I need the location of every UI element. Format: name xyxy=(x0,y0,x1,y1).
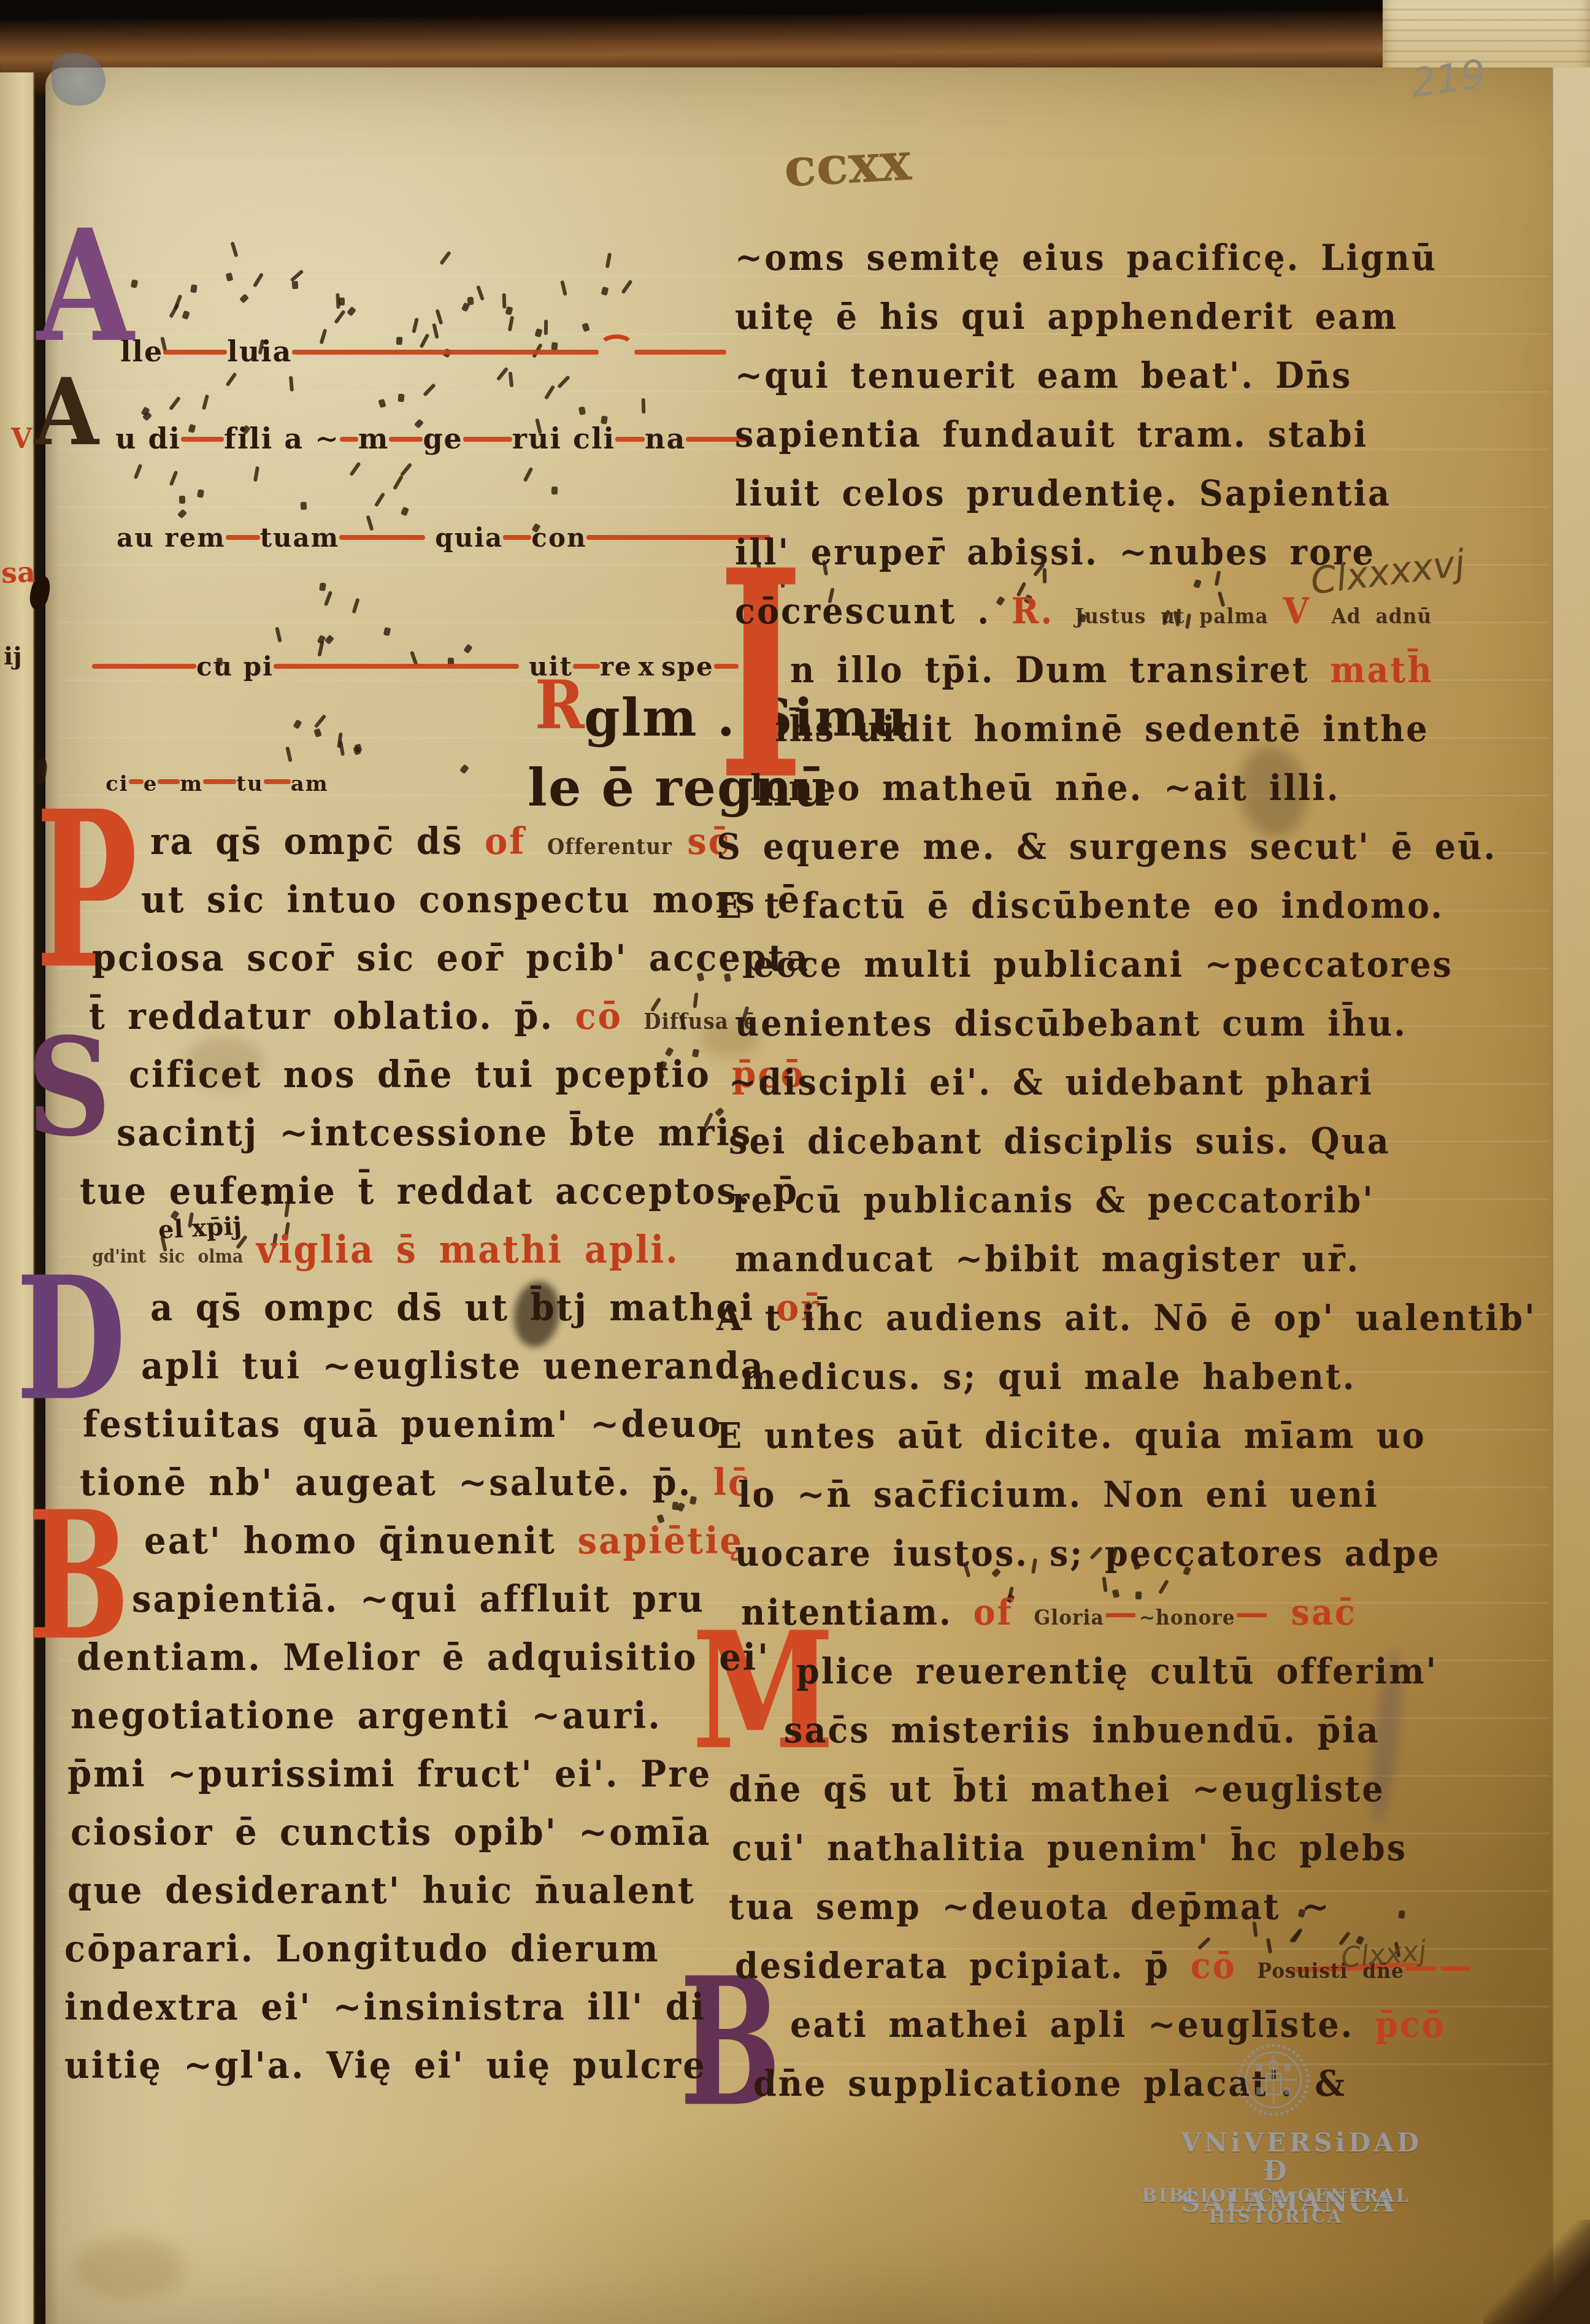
text-line: cui' nathalitia puenim' h̄c plebs xyxy=(732,1826,1407,1869)
neume-mark xyxy=(319,582,326,591)
right-page-edges xyxy=(1552,67,1590,2324)
text-run: desiderata pcipiat. p̄ xyxy=(735,1944,1191,1987)
text-line: uocare iustos. s; peccatores adpe xyxy=(735,1532,1441,1574)
chant-syllable: re xyxy=(600,652,632,682)
neume-mark xyxy=(544,320,548,335)
chant-syllable: x xyxy=(639,652,655,682)
text-run: liuit celos prudentię. Sapientia xyxy=(735,472,1391,514)
text-run: cificet nos dn̄e tui pceptio xyxy=(129,1053,732,1096)
text-run: tua semp ∼deuota dep̄mat ∼ xyxy=(729,1885,1331,1928)
text-run: Ad adnū xyxy=(1331,605,1432,629)
text-run: apli tui ∼eugliste ueneranda xyxy=(141,1344,765,1388)
text-run: eati mathei apli ∼euglīste. xyxy=(790,2003,1375,2045)
chant-syllable: m xyxy=(358,422,390,455)
initial-letter: A xyxy=(34,377,99,448)
text-line: ih̄s uidit hominē sedentē inthe xyxy=(775,707,1429,750)
chant-syllable: ge xyxy=(423,422,463,455)
text-line: festiuitas quā puenim' ∼deuo xyxy=(83,1402,722,1446)
text-run: t̄ reddatur oblatio. p̄. xyxy=(89,995,575,1038)
neume-mark xyxy=(397,394,404,402)
text-run: uitę ē his qui apphenderit eam xyxy=(735,295,1398,337)
red-staff-line xyxy=(158,779,180,784)
neume-mark xyxy=(551,487,558,494)
text-run: sei dicebant disciplis suis. Qua xyxy=(729,1120,1391,1162)
text-run: dentiam. Melior ē adquisitio ei' xyxy=(77,1636,770,1679)
initial-letter: S xyxy=(27,1036,111,1140)
chant-syllable: con xyxy=(531,523,586,553)
red-staff-line xyxy=(634,350,726,355)
text-run: tionē nb' augeat ∼salutē. p̄. xyxy=(80,1461,713,1504)
text-run: — xyxy=(1104,1591,1139,1633)
red-staff-line xyxy=(339,535,425,540)
text-line: t̄ reddatur oblatio. p̄. cō Diffusa ē xyxy=(89,995,757,1038)
text-run: indextra ei' ∼insinistra ill' di xyxy=(64,1985,706,2029)
text-line: cōparari. Longitudo dierum xyxy=(64,1927,659,1971)
text-run: of xyxy=(974,1591,1034,1633)
text-line: ill' eruper̄ abissi. ∼nubes rore xyxy=(735,531,1375,573)
neume-mark xyxy=(502,293,507,309)
text-line: uenientes discūbebant cum ih̄u. xyxy=(735,1002,1407,1044)
text-run: cōparari. Longitudo dierum xyxy=(64,1927,659,1971)
watermark-university-name: VNiVERSiDAD xyxy=(1181,2128,1371,2158)
text-line: manducat ∼bibit magister ur̄. xyxy=(735,1237,1360,1280)
text-run: of xyxy=(485,820,547,863)
text-run: sapientiā. ∼qui affluit pru xyxy=(132,1577,705,1621)
red-staff-line xyxy=(226,535,260,540)
red-staff-line xyxy=(203,779,236,784)
red-staff-line xyxy=(340,437,358,442)
initial-letter: A xyxy=(37,226,134,347)
text-line: E untes aūt dicite. quia mīam uo xyxy=(716,1414,1426,1456)
text-line: que desiderant' huic n̄ualent xyxy=(67,1869,696,1912)
text-line: p̄mi ∼purissimi fruct' ei'. Pre xyxy=(67,1752,712,1796)
text-line: ecce multi publicani ∼peccatores xyxy=(753,943,1453,985)
text-run: loneo matheū nn̄e. ∼ait illi. xyxy=(750,766,1340,809)
text-line: sac̄s misteriis inbuendū. p̄ia xyxy=(784,1709,1380,1751)
chant-syllable: tuam xyxy=(260,523,340,553)
neume-mark xyxy=(179,496,185,504)
text-line: tionē nb' augeat ∼salutē. p̄. lc̄. xyxy=(80,1461,765,1504)
text-run: ∼qui tenuerit eam beat'. Dn̄s xyxy=(735,354,1352,396)
watermark-library-name: BIBLIOTECA GENERAL HISTÓRICA xyxy=(1123,2185,1429,2227)
music-system: u difili a ∼mgerui clina xyxy=(115,422,692,455)
text-run: — sac̄ xyxy=(1235,1591,1357,1633)
music-system: ciemtuam xyxy=(106,772,424,796)
chant-syllable: luia xyxy=(227,335,292,368)
text-run: manducat ∼bibit magister ur̄. xyxy=(735,1237,1360,1280)
chant-syllable: cu pi xyxy=(196,652,274,682)
text-run: cōcrescunt . xyxy=(735,590,1012,632)
chant-syllable: au rem xyxy=(117,523,226,553)
text-line: liuit celos prudentię. Sapientia xyxy=(735,472,1391,514)
text-line: ra qs̄ ompc̄ ds̄ of Offerentur sc̄ xyxy=(150,820,731,863)
text-line: A t ih̄c audiens ait. Nō ē op' ualentib' xyxy=(716,1296,1537,1339)
text-line: tua semp ∼deuota dep̄mat ∼ xyxy=(729,1885,1331,1928)
red-staff-line xyxy=(463,437,512,442)
text-run: ∼oms semitę eius pacificę. Lignū xyxy=(735,236,1437,279)
text-run: A t ih̄c audiens ait. Nō ē op' ualentib' xyxy=(716,1296,1537,1339)
text-run: gd'int sic olma xyxy=(92,1247,256,1267)
text-line: uitę ē his qui apphenderit eam xyxy=(735,295,1398,337)
text-run: ∼honore xyxy=(1139,1606,1235,1630)
red-staff-line xyxy=(163,350,227,355)
gutter-previous-folio-edge xyxy=(0,72,34,2324)
university-seal-icon xyxy=(1235,2042,1312,2120)
text-run: sac̄s misteriis inbuendū. p̄ia xyxy=(784,1709,1380,1751)
margin-note: ij xyxy=(4,642,22,671)
chant-syllable: tu xyxy=(236,772,263,796)
text-run: S equere me. & surgens secut' ē eū. xyxy=(716,825,1497,868)
margin-note: el xp̄ij xyxy=(158,1211,242,1244)
margin-note: V xyxy=(11,423,32,455)
text-line: loneo matheū nn̄e. ∼ait illi. xyxy=(750,766,1340,809)
red-staff-line xyxy=(615,437,645,442)
chant-syllable: quia xyxy=(435,523,503,553)
text-line: n illo tp̄i. Dum transiret math̄ xyxy=(790,648,1434,691)
chant-syllable: u di xyxy=(115,422,181,455)
text-run: nitentiam. xyxy=(741,1591,974,1633)
text-line: S equere me. & surgens secut' ē eū. xyxy=(716,825,1497,868)
initial-letter: B xyxy=(28,1508,129,1645)
text-line: sei dicebant disciplis suis. Qua xyxy=(729,1120,1391,1162)
text-run: ih̄s uidit hominē sedentē inthe xyxy=(775,707,1429,750)
text-line: eat' homo q̄inuenit sapiētię xyxy=(144,1519,743,1563)
text-line: ∼oms semitę eius pacificę. Lignū xyxy=(735,236,1437,279)
text-run: pciosa scor̄ sic eor̄ pcib' accepta xyxy=(92,936,810,980)
text-line: lo ∼n̄ sac̄ficium. Non eni ueni xyxy=(738,1473,1379,1515)
text-line: ut sic intuo conspectu mors ē xyxy=(141,878,801,922)
text-line: negotiatione argenti ∼auri. xyxy=(71,1694,662,1737)
text-run: tue eufemie t̄ reddat acceptos. p̄ xyxy=(80,1169,799,1213)
text-run: ecce multi publicani ∼peccatores xyxy=(753,943,1453,985)
text-run: p̄cō xyxy=(1375,2003,1446,2045)
text-run: ∼discipli ei'. & uidebant phari xyxy=(729,1061,1373,1103)
text-line: re cū publicanis & peccatorib' xyxy=(732,1179,1375,1221)
text-run: sapientia fundauit tram. stabi xyxy=(735,413,1368,455)
chant-syllable: fili a ∼ xyxy=(224,422,340,455)
text-line: ∼qui tenuerit eam beat'. Dn̄s xyxy=(735,354,1352,396)
manuscript-photo: lleluiau difili a ∼mgerui clinaau remtua… xyxy=(0,0,1590,2324)
text-run: uocare iustos. s; peccatores adpe xyxy=(735,1532,1441,1574)
text-run: cui' nathalitia puenim' h̄c plebs xyxy=(732,1826,1407,1869)
text-run: Justus ut palma xyxy=(1075,605,1283,629)
chant-syllable: am xyxy=(291,772,329,796)
text-line: E t factū ē discūbente eo indomo. xyxy=(716,884,1444,926)
parchment-stain xyxy=(74,2238,184,2299)
text-line: dentiam. Melior ē adquisitio ei' xyxy=(77,1636,770,1679)
red-staff-line xyxy=(389,437,423,442)
text-run: ciosior ē cunctis opib' ∼omīa xyxy=(71,1810,711,1854)
text-run: math̄ xyxy=(1330,648,1433,691)
text-run: R. xyxy=(1012,590,1075,632)
text-run: n illo tp̄i. Dum transiret xyxy=(790,648,1330,691)
red-staff-line xyxy=(181,437,224,442)
initial-letter: D xyxy=(16,1274,126,1406)
text-line: sapientia fundauit tram. stabi xyxy=(735,413,1368,455)
initial-letter: R xyxy=(535,680,585,731)
neume-mark xyxy=(190,285,198,293)
music-system: cu piuitrexspe xyxy=(92,652,705,682)
text-line: medicus. s; qui male habent. xyxy=(741,1355,1356,1398)
parchment-stain xyxy=(294,2184,724,2258)
music-system: lleluia xyxy=(120,335,691,368)
text-line: uitię ∼gl'a. Vię ei' uię pulcre xyxy=(64,2044,707,2087)
chant-syllable: e xyxy=(144,772,158,796)
text-run: p̄mi ∼purissimi fruct' ei'. Pre xyxy=(67,1752,712,1796)
red-staff-line xyxy=(292,350,599,355)
text-line: eati mathei apli ∼euglīste. p̄cō xyxy=(790,2003,1446,2045)
text-run: lo ∼n̄ sac̄ficium. Non eni ueni xyxy=(738,1473,1379,1515)
text-line: nitentiam. of Gloria—∼honore— sac̄ xyxy=(741,1591,1357,1633)
music-system: au remtuamquiacon xyxy=(117,523,656,553)
text-line: apli tui ∼eugliste ueneranda xyxy=(141,1344,765,1388)
text-run: negotiatione argenti ∼auri. xyxy=(71,1694,662,1737)
text-line: ciosior ē cunctis opib' ∼omīa xyxy=(71,1810,711,1854)
text-line: indextra ei' ∼insinistra ill' di xyxy=(64,1985,706,2029)
text-run: Offerentur xyxy=(547,834,687,860)
text-line: sapientiā. ∼qui affluit pru xyxy=(132,1577,705,1621)
neume-mark xyxy=(1398,1910,1405,1919)
bottom-right-corner-shadow xyxy=(1483,2220,1590,2324)
text-run: sapiētię xyxy=(577,1519,743,1563)
text-run: eat' homo q̄inuenit xyxy=(144,1519,577,1563)
text-run: cō xyxy=(1191,1944,1258,1987)
text-run: que desiderant' huic n̄ualent xyxy=(67,1869,696,1912)
neume-mark xyxy=(642,398,646,414)
text-line: sacintj ∼intcessione b̄te mris xyxy=(117,1111,752,1155)
red-staff-line xyxy=(274,664,519,669)
text-line: plice reuerentię cultū offerim' xyxy=(796,1650,1438,1692)
text-line: ∼discipli ei'. & uidebant phari xyxy=(729,1061,1373,1103)
text-run: ut sic intuo conspectu mors ē xyxy=(141,878,801,922)
text-run: dn̄e qs̄ ut b̄ti mathei ∼eugliste xyxy=(729,1768,1385,1810)
chant-syllable: m xyxy=(180,772,203,796)
text-run: uenientes discūbebant cum ih̄u. xyxy=(735,1002,1407,1044)
margin-note: ccxx xyxy=(782,131,912,199)
neume-mark xyxy=(336,293,340,308)
text-line: dn̄e qs̄ ut b̄ti mathei ∼eugliste xyxy=(729,1768,1385,1810)
text-run: viglia s̄ mathi apli. xyxy=(256,1228,680,1272)
chant-syllable: spe xyxy=(661,652,714,682)
text-run: E t factū ē discūbente eo indomo. xyxy=(716,884,1444,926)
text-run: cō xyxy=(575,995,643,1038)
text-run: medicus. s; qui male habent. xyxy=(741,1355,1356,1398)
text-run: re cū publicanis & peccatorib' xyxy=(732,1179,1375,1221)
red-staff-line xyxy=(503,535,531,540)
chant-syllable: rui cli xyxy=(512,422,615,455)
text-run: a qs̄ ompc ds̄ ut b̄tj mathei xyxy=(150,1286,776,1329)
text-run: plice reuerentię cultū offerim' xyxy=(796,1650,1438,1692)
text-line: cificet nos dn̄e tui pceptio p̄cō xyxy=(129,1053,805,1096)
neume-mark xyxy=(301,501,307,510)
red-staff-line xyxy=(264,779,291,784)
chant-syllable: na xyxy=(645,422,686,455)
margin-note: sa xyxy=(1,555,36,590)
neume-mark xyxy=(292,281,299,290)
neume-mark xyxy=(467,297,474,306)
text-run: ill' eruper̄ abissi. ∼nubes rore xyxy=(735,531,1375,573)
neume-mark xyxy=(578,406,586,415)
text-run: uitię ∼gl'a. Vię ei' uię pulcre xyxy=(64,2044,707,2087)
red-staff-line xyxy=(92,664,196,669)
text-run: Gloria xyxy=(1034,1606,1104,1630)
text-run: festiuitas quā puenim' ∼deuo xyxy=(83,1402,722,1446)
text-run: E untes aūt dicite. quia mīam uo xyxy=(716,1414,1426,1456)
text-run: sacintj ∼intcessione b̄te mris xyxy=(117,1111,752,1155)
text-line: pciosa scor̄ sic eor̄ pcib' accepta xyxy=(92,936,810,980)
text-run: ra qs̄ ompc̄ ds̄ xyxy=(150,820,485,863)
text-line: tue eufemie t̄ reddat acceptos. p̄ xyxy=(80,1169,799,1213)
red-staff-arc xyxy=(599,334,634,359)
